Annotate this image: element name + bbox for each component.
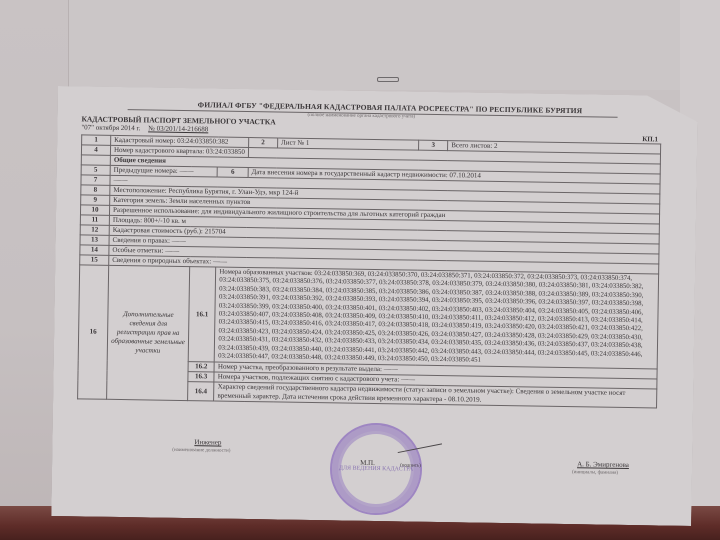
row-number: 15 (80, 255, 109, 265)
row-number: 2 (248, 138, 277, 148)
row-number: 16.2 (188, 362, 214, 372)
position-note: (наименование должности) (172, 448, 230, 454)
form-code: КП.1 (642, 135, 658, 143)
row-number: 5 (81, 165, 110, 175)
row-number: 4 (81, 145, 110, 155)
organization-note: (полное наименование органа кадастрового… (308, 113, 416, 120)
row-number: 8 (81, 185, 110, 195)
row-number: 16.4 (188, 382, 215, 401)
row-number: 11 (80, 215, 109, 225)
row-number: 3 (419, 140, 448, 150)
signer-name: А. Б. Эмиргенова (577, 460, 629, 469)
row-number: 10 (80, 205, 109, 215)
position-title: Инженер (194, 438, 221, 446)
row-number: 13 (80, 235, 109, 245)
row-number: 9 (81, 195, 110, 205)
document-number: № 03/201/14-216688 (148, 124, 208, 133)
row-number: 14 (80, 245, 109, 255)
row-number: 16.3 (188, 372, 214, 382)
seal-label: М.П. (360, 459, 375, 467)
date-text: "07" октября 2014 г. (81, 123, 140, 132)
document-date: "07" октября 2014 г. № 03/201/14-216688 (81, 123, 208, 133)
table-row: 16 Дополнительные сведения для регистрац… (78, 265, 658, 370)
additional-info-label: Дополнительные сведения для регистрации … (107, 265, 190, 401)
row-number: 16.1 (188, 267, 216, 363)
row-number: 12 (80, 225, 109, 235)
signature-note: (подпись) (400, 463, 421, 468)
official-stamp: ДЛЯ ВЕДЕНИЯ КАДАСТРА (329, 422, 422, 515)
row-number: 1 (82, 135, 111, 145)
row-number: 7 (81, 175, 110, 185)
row-number: 16 (78, 265, 109, 400)
empty-cell (81, 155, 110, 165)
signer-name-note: (инициалы, фамилия) (572, 470, 618, 476)
cadastral-passport-sheet: ФИЛИАЛ ФГБУ "ФЕДЕРАЛЬНАЯ КАДАСТРОВАЯ ПАЛ… (51, 86, 698, 526)
passport-table: 1 Кадастровый номер: 03:24:033850:382 2 … (77, 134, 661, 409)
formed-plots-list: Номера образованных участков: 03:24:0338… (215, 267, 659, 369)
staple (377, 77, 399, 82)
row-number: 6 (217, 167, 248, 177)
